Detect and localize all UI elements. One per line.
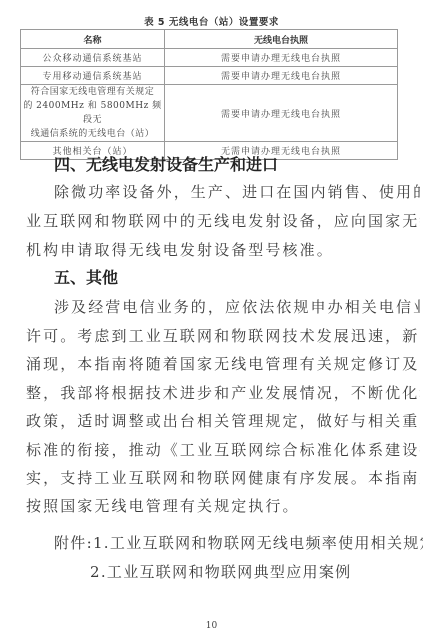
paragraph-line: 机构申请取得无线电发射设备型号核准。 xyxy=(26,240,420,260)
paragraph-line: 涌现，本指南将随着国家无线电管理有关规定修订及时更新调 xyxy=(26,354,420,374)
table-row: 符合国家无线电管理有关规定 的 2400MHz 和 5800MHz 频段无 线通… xyxy=(21,85,398,142)
paragraph-line: 业互联网和物联网中的无线电发射设备，应向国家无线电管理 xyxy=(26,211,420,231)
attachments: 附件:1.工业互联网和物联网无线电频率使用相关规定列表 xyxy=(54,533,423,553)
paragraph-line: 实，支持工业互联网和物联网健康有序发展。本指南未尽事宜 xyxy=(26,468,420,488)
paragraph-line: 按照国家无线电管理有关规定执行。 xyxy=(26,496,420,516)
attachment-item: 1.工业互联网和物联网无线电频率使用相关规定列表 xyxy=(93,534,423,552)
paragraph-line: 标准的衔接，推动《工业互联网综合标准化体系建设指南》落 xyxy=(26,440,420,460)
section-heading: 四、无线电发射设备生产和进口 xyxy=(54,155,278,175)
table-row: 专用移动通信系统基站 需要申请办理无线电台执照 xyxy=(21,67,398,85)
paragraph-line: 除微功率设备外，生产、进口在国内销售、使用的各类工 xyxy=(54,182,420,202)
paragraph-line: 政策，适时调整或出台相关管理规定，做好与相关重点和急需 xyxy=(26,411,420,431)
attachment-item: 2.工业互联网和物联网典型应用案例 xyxy=(90,562,351,582)
page-number: 10 xyxy=(0,621,423,631)
radio-station-settings-table: 名称 无线电台执照 公众移动通信系统基站 需要申请办理无线电台执照 专用移动通信… xyxy=(20,29,398,160)
cell-license: 需要申请办理无线电台执照 xyxy=(165,49,398,67)
header-name: 名称 xyxy=(21,30,165,49)
cell-name-line: 的 2400MHz 和 5800MHz 频段无 xyxy=(23,99,162,127)
paragraph-line: 许可。考虑到工业互联网和物联网技术发展迅速，新业态不断 xyxy=(26,326,420,346)
table-row: 公众移动通信系统基站 需要申请办理无线电台执照 xyxy=(21,49,398,67)
section-heading: 五、其他 xyxy=(54,268,118,288)
cell-name-line: 线通信系统的无线电台（站） xyxy=(23,127,162,141)
cell-license: 需要申请办理无线电台执照 xyxy=(165,67,398,85)
paragraph-line: 涉及经营电信业务的，应依法依规申办相关电信业务经营 xyxy=(54,297,420,317)
cell-license: 需要申请办理无线电台执照 xyxy=(165,85,398,142)
table-caption: 表 5 无线电台（站）设置要求 xyxy=(0,14,423,28)
paragraph-line: 整，我部将根据技术进步和产业发展情况，不断优化频率使用 xyxy=(26,383,420,403)
cell-name: 专用移动通信系统基站 xyxy=(21,67,165,85)
header-license: 无线电台执照 xyxy=(165,30,398,49)
attachments-label: 附件: xyxy=(54,534,93,552)
cell-name: 符合国家无线电管理有关规定 的 2400MHz 和 5800MHz 频段无 线通… xyxy=(21,85,165,142)
table-header-row: 名称 无线电台执照 xyxy=(21,30,398,49)
cell-name-line: 符合国家无线电管理有关规定 xyxy=(23,85,162,99)
cell-name: 公众移动通信系统基站 xyxy=(21,49,165,67)
